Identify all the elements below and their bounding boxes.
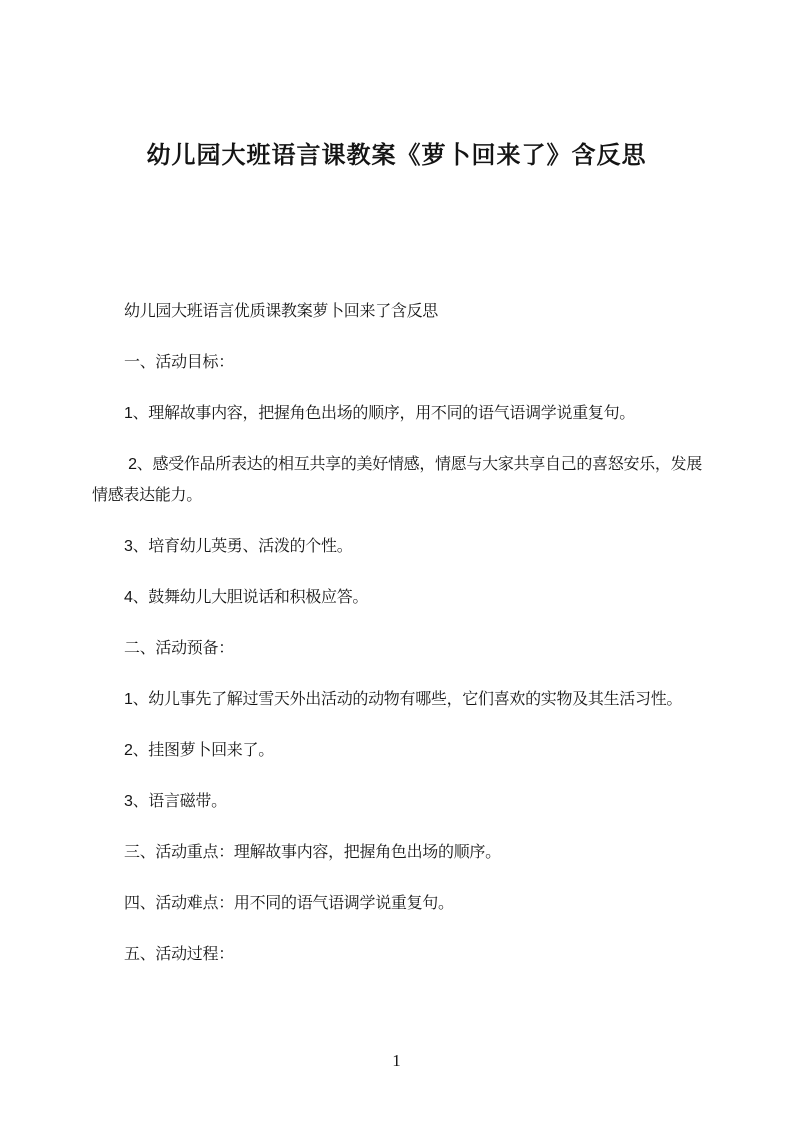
paragraph-section-heading: 四、活动难点：用不同的语气语调学说重复句。 [92,888,708,919]
paragraph: 1、理解故事内容，把握角色出场的顺序，用不同的语气语调学说重复句。 [92,398,708,429]
paragraph: 1、幼儿事先了解过雪天外出活动的动物有哪些，它们喜欢的实物及其生活习性。 [92,684,708,715]
paragraph: 幼儿园大班语言优质课教案萝卜回来了含反思 [92,296,708,327]
document-body: 幼儿园大班语言优质课教案萝卜回来了含反思 一、活动目标： 1、理解故事内容，把握… [92,296,708,990]
paragraph-section-heading: 五、活动过程： [92,939,708,970]
paragraph-section-heading: 三、活动重点：理解故事内容，把握角色出场的顺序。 [92,837,708,868]
paragraph: 4、鼓舞幼儿大胆说话和积极应答。 [92,582,708,613]
paragraph-section-heading: 一、活动目标： [92,347,708,378]
paragraph: 3、语言磁带。 [92,786,708,817]
paragraph: 2、挂图萝卜回来了。 [92,735,708,766]
paragraph-section-heading: 二、活动预备： [92,633,708,664]
paragraph: 3、培育幼儿英勇、活泼的个性。 [92,531,708,562]
page-title: 幼儿园大班语言课教案《萝卜回来了》含反思 [0,139,793,173]
page-number: 1 [0,1050,793,1072]
paragraph: 2、感受作品所表达的相互共享的美好情感，情愿与大家共享自己的喜怒安乐，发展情感表… [92,449,708,511]
document-page: 幼儿园大班语言课教案《萝卜回来了》含反思 幼儿园大班语言优质课教案萝卜回来了含反… [0,0,793,1122]
